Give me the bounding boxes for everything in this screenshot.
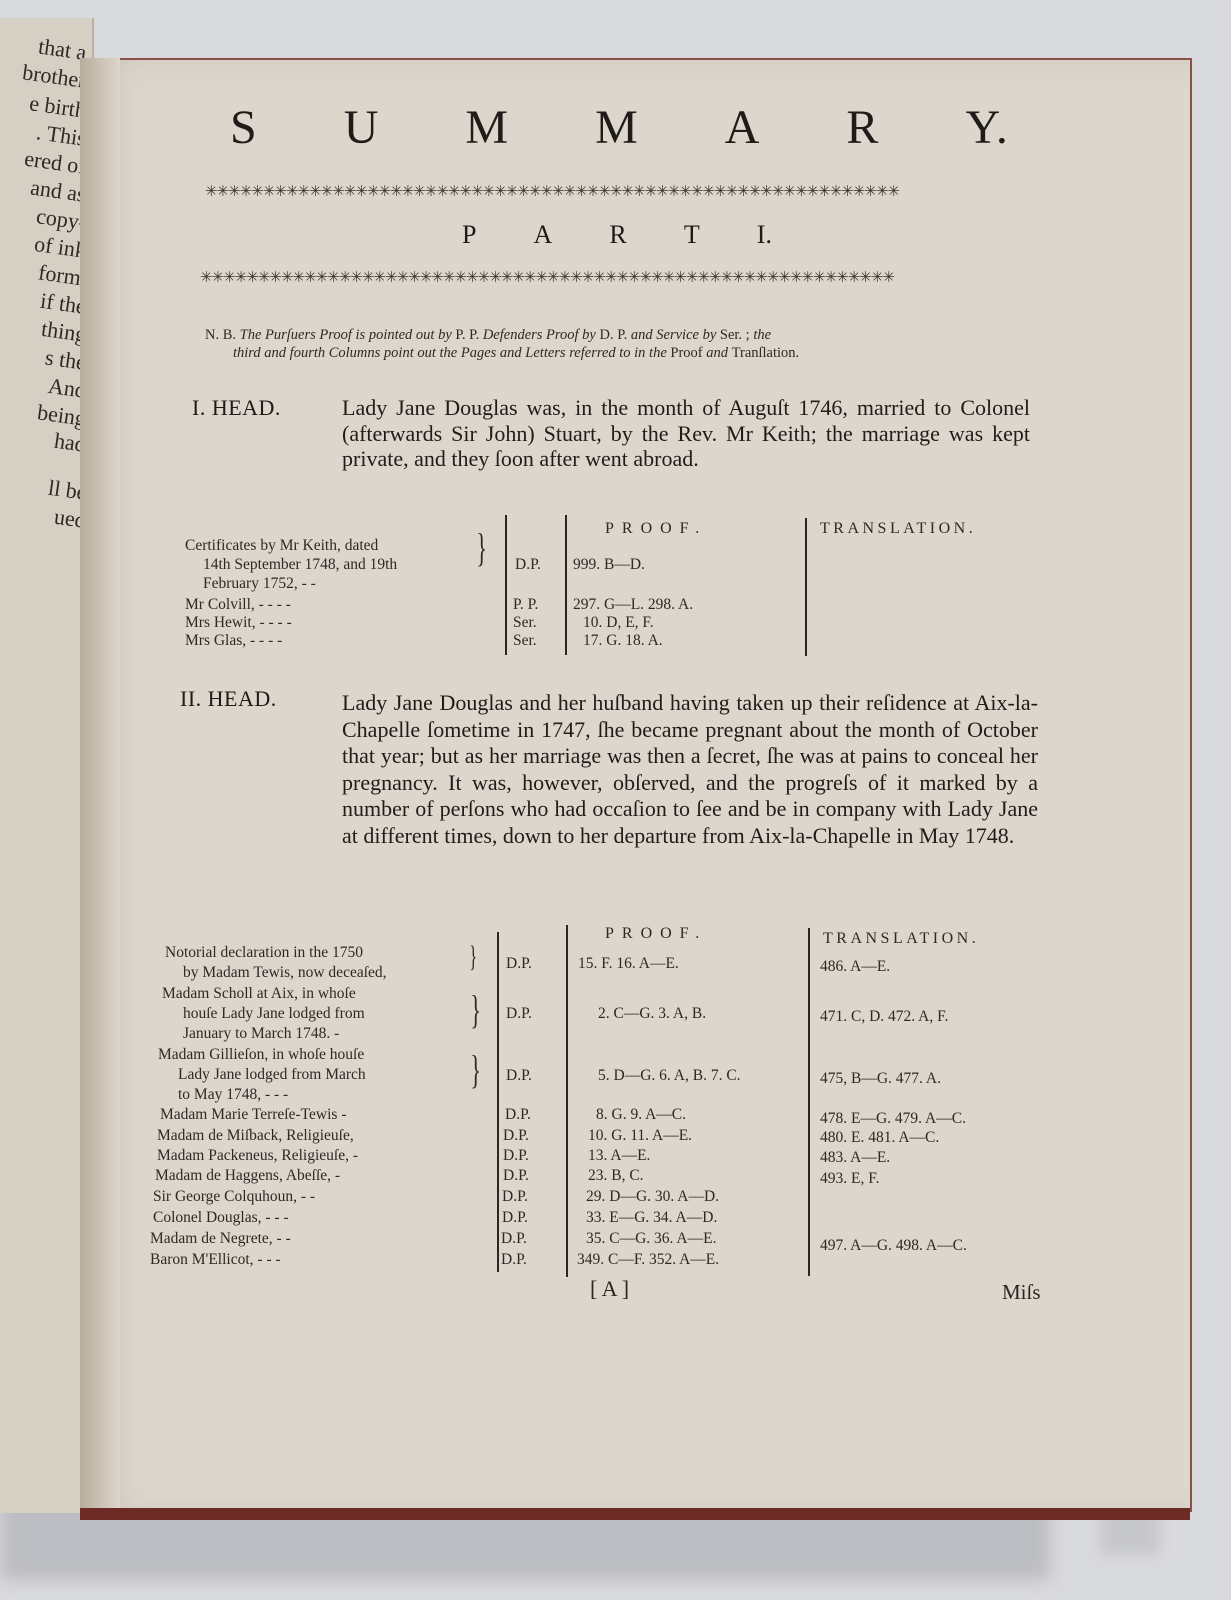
catchword: Miſs xyxy=(1002,1280,1041,1305)
title-letter: Y. xyxy=(965,100,1009,155)
proof-column-header: PROOF. xyxy=(605,925,707,943)
part-letter: I. xyxy=(757,220,772,250)
witness: Madam de Negrete, - - xyxy=(150,1230,291,1248)
proof-ref: 13. A—E. xyxy=(588,1147,650,1165)
witness: by Madam Tewis, now deceaſed, xyxy=(183,964,387,982)
title-letter: A xyxy=(725,100,762,155)
witness: Madam Gillieſon, in whoſe houſe xyxy=(158,1046,364,1064)
head-1-label: I. HEAD. xyxy=(192,395,281,421)
left-page-text: e birth xyxy=(28,90,88,124)
witness: Colonel Douglas, - - - xyxy=(153,1209,289,1227)
proof-ref: 349. C—F. 352. A—E. xyxy=(577,1251,719,1269)
proof-type: D.P. xyxy=(506,955,532,973)
proof-type: D.P. xyxy=(506,1067,532,1085)
proof-type: D.P. xyxy=(515,556,541,574)
translation-ref: 497. A—G. 498. A—C. xyxy=(820,1237,967,1255)
brace: } xyxy=(469,942,477,972)
part-letter: P xyxy=(462,220,476,250)
note-paragraph: N. B. The Purſuers Proof is pointed out … xyxy=(205,326,1045,362)
part-letter: R xyxy=(609,220,626,250)
witness: Lady Jane lodged from March xyxy=(178,1066,366,1084)
brace: } xyxy=(470,990,481,1030)
head-1-text: Lady Jane Douglas was, in the month of A… xyxy=(342,395,1030,472)
witness: February 1752, - - xyxy=(203,575,316,593)
column-rule xyxy=(808,928,810,1276)
witness: Certificates by Mr Keith, dated xyxy=(185,537,378,555)
column-rule xyxy=(566,925,568,1277)
translation-ref: 493. E, F. xyxy=(820,1170,879,1188)
translation-ref: 486. A—E. xyxy=(820,958,890,976)
title-letter: R xyxy=(846,100,880,155)
part-letter: A xyxy=(534,220,553,250)
proof-type: D.P. xyxy=(501,1230,527,1248)
column-rule xyxy=(505,515,507,655)
part-heading: P A R T I. xyxy=(462,220,772,250)
proof-ref: 23. B, C. xyxy=(588,1167,644,1185)
proof-ref: 17. G. 18. A. xyxy=(583,632,663,650)
proof-type: D.P. xyxy=(503,1127,529,1145)
witness: to May 1748, - - - xyxy=(178,1086,288,1104)
proof-column-header: PROOF. xyxy=(605,520,707,538)
proof-type: D.P. xyxy=(506,1005,532,1023)
column-rule xyxy=(565,515,567,655)
ornament-rule-top: ✳✳✳✳✳✳✳✳✳✳✳✳✳✳✳✳✳✳✳✳✳✳✳✳✳✳✳✳✳✳✳✳✳✳✳✳✳✳✳✳… xyxy=(205,182,1025,202)
proof-ref: 15. F. 16. A—E. xyxy=(578,955,679,973)
proof-ref: 29. D—G. 30. A—D. xyxy=(586,1188,719,1206)
translation-ref: 480. E. 481. A—C. xyxy=(820,1129,939,1147)
translation-ref: 478. E—G. 479. A—C. xyxy=(820,1110,966,1128)
brace: } xyxy=(470,1050,481,1090)
title-letter: M xyxy=(465,100,510,155)
witness: Mrs Glas, - - - - xyxy=(185,632,282,650)
translation-column-header: TRANSLATION. xyxy=(823,930,979,948)
title-letter: M xyxy=(595,100,640,155)
head-2-label: II. HEAD. xyxy=(180,686,277,712)
witness: Madam Marie Terreſe-Tewis - xyxy=(160,1106,346,1124)
proof-type: D.P. xyxy=(501,1251,527,1269)
title-letter: S xyxy=(230,100,259,155)
proof-type: D.P. xyxy=(503,1147,529,1165)
proof-type: Ser. xyxy=(513,614,537,632)
witness: Baron M'Ellicot, - - - xyxy=(150,1251,281,1269)
proof-type: D.P. xyxy=(502,1188,528,1206)
translation-ref: 483. A—E. xyxy=(820,1149,890,1167)
head-2-text: Lady Jane Douglas and her huſband having… xyxy=(342,690,1038,849)
proof-type: P. P. xyxy=(513,596,538,614)
translation-column-header: TRANSLATION. xyxy=(820,520,976,538)
page-title: S U M M A R Y. xyxy=(230,100,1010,155)
ornament-rule-bottom: ✳✳✳✳✳✳✳✳✳✳✳✳✳✳✳✳✳✳✳✳✳✳✳✳✳✳✳✳✳✳✳✳✳✳✳✳✳✳✳✳… xyxy=(200,268,1020,288)
witness: January to March 1748. - xyxy=(183,1025,339,1043)
witness: Sir George Colquhoun, - - xyxy=(153,1188,315,1206)
proof-ref: 999. B—D. xyxy=(573,556,645,574)
brace: } xyxy=(476,528,487,568)
witness: Mrs Hewit, - - - - xyxy=(185,614,292,632)
witness: houſe Lady Jane lodged from xyxy=(183,1005,365,1023)
proof-ref: 2. C—G. 3. A, B. xyxy=(598,1005,706,1023)
proof-ref: 5. D—G. 6. A, B. 7. C. xyxy=(598,1067,741,1085)
witness: Mr Colvill, - - - - xyxy=(185,596,291,614)
proof-ref: 35. C—G. 36. A—E. xyxy=(586,1230,716,1248)
proof-type: D.P. xyxy=(505,1106,531,1124)
witness: 14th September 1748, and 19th xyxy=(203,556,397,574)
proof-ref: 297. G—L. 298. A. xyxy=(573,596,693,614)
translation-ref: 475, B—G. 477. A. xyxy=(820,1070,941,1088)
witness: Madam Scholl at Aix, in whoſe xyxy=(162,985,356,1003)
proof-ref: 33. E—G. 34. A—D. xyxy=(586,1209,717,1227)
proof-ref: 8. G. 9. A—C. xyxy=(596,1106,686,1124)
column-rule xyxy=(497,932,499,1272)
proof-type: Ser. xyxy=(513,632,537,650)
witness: Madam de Miſback, Religieuſe, xyxy=(157,1127,354,1145)
translation-ref: 471. C, D. 472. A, F. xyxy=(820,1008,948,1026)
page-gutter xyxy=(80,58,120,1510)
proof-ref: 10. D, E, F. xyxy=(583,614,654,632)
proof-type: D.P. xyxy=(503,1167,529,1185)
part-letter: T xyxy=(684,220,700,250)
witness: Madam Packeneus, Religieuſe, - xyxy=(157,1147,358,1165)
column-rule xyxy=(805,518,807,656)
witness: Notorial declaration in the 1750 xyxy=(165,944,363,962)
witness: Madam de Haggens, Abeſſe, - xyxy=(155,1167,340,1185)
signature-mark: [ A ] xyxy=(590,1276,629,1302)
proof-ref: 10. G. 11. A—E. xyxy=(588,1127,692,1145)
proof-type: D.P. xyxy=(502,1209,528,1227)
cover-edge xyxy=(80,1508,1190,1520)
title-letter: U xyxy=(344,100,381,155)
